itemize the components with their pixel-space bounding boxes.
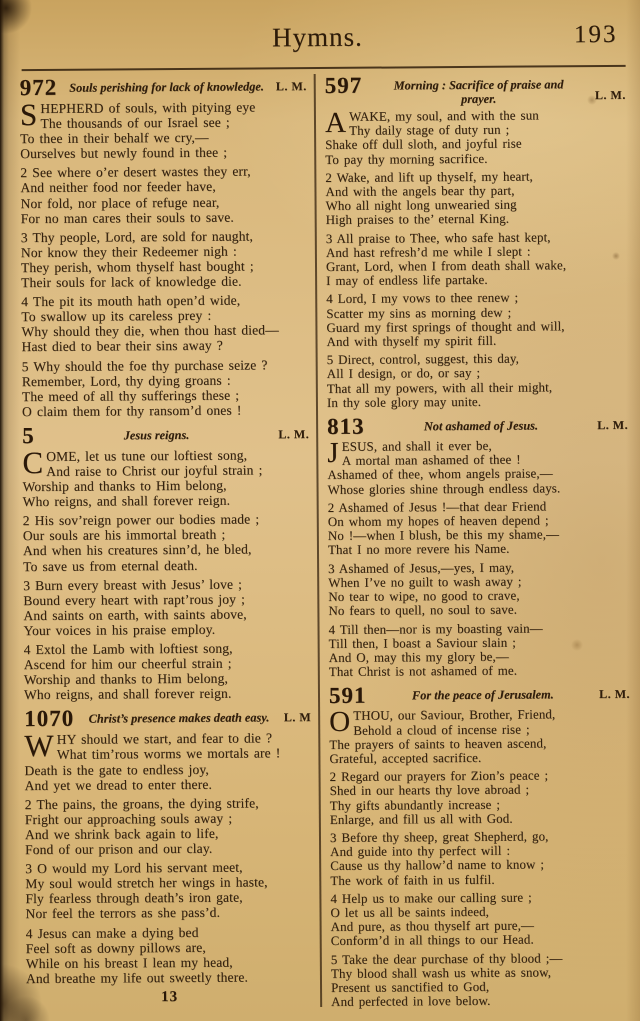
hymn-meter: L. M.	[597, 418, 628, 435]
drop-cap: S	[20, 101, 41, 128]
stanza-line: And guide into thy perfect will :	[330, 844, 510, 859]
stanza-line: Their souls for lack of knowledge die.	[21, 274, 242, 291]
left-column: 972Souls perishing for lack of knowledge…	[20, 74, 321, 1015]
stanza: 3 Burn every breast with Jesus’ love ;Bo…	[23, 576, 310, 638]
stanza-line: 2 See where o’er desert wastes they err,	[20, 164, 250, 181]
page-content: Hymns. 193 972Souls perishing for lack o…	[0, 0, 640, 1021]
hymn-597: 597Morning : Sacrifice of praise andpray…	[325, 74, 628, 410]
stanza-line: That all my powers, with all their might…	[327, 380, 552, 396]
drop-cap: C	[22, 449, 46, 476]
stanza-line: When I’ve no guilt to wash away ;	[328, 574, 521, 589]
stanza: 2 Regard our prayers for Zion’s peace ;S…	[330, 768, 631, 827]
stanza-line: And yet we dread to enter there.	[25, 776, 212, 792]
stanza-line: 2 Regard our prayers for Zion’s peace ;	[330, 769, 549, 785]
stanza-line: A mortal man ashamed of thee !	[342, 453, 521, 468]
hymn-meter: L. M.	[278, 427, 309, 444]
stanza-line: Thy blood shall wash us white as snow,	[331, 965, 551, 981]
stanza: OTHOU, our Saviour, Brother, Friend,Beho…	[329, 707, 630, 766]
stanza: 3 Ashamed of Jesus,—yes, I may,When I’ve…	[328, 560, 629, 619]
stanza-line: That I no more revere his Name.	[328, 542, 510, 557]
hymn-title-line: For the peace of Jerusalem.	[366, 688, 599, 703]
stanza: 3 All praise to Thee, who safe hast kept…	[326, 229, 627, 288]
drop-cap: O	[329, 709, 353, 734]
stanza-line: Shake off dull sloth, and joyful rise	[325, 137, 522, 152]
signature-mark: 13	[26, 988, 313, 1007]
stanza-line: And with the angels bear thy part,	[325, 184, 514, 199]
hymn-meter: L. M.	[599, 687, 630, 704]
stanza-line: No fears to quell, no soul to save.	[328, 603, 517, 618]
stanza-line: That Christ is not ashamed of me.	[329, 664, 517, 679]
hymn-title: Jesus reigns.	[35, 424, 279, 443]
stanza: 3 Thy people, Lord, are sold for naught,…	[21, 228, 308, 290]
hymn-meter: L. M.	[276, 79, 307, 96]
stanza: 3 Before thy sheep, great Shepherd, go,A…	[330, 829, 631, 888]
stanza-line: On whom my hopes of heaven depend ;	[328, 513, 549, 529]
stanza-line: Thy daily stage of duty run ;	[349, 123, 509, 138]
hymn-title-line: Not ashamed of Jesus.	[365, 419, 598, 434]
stanza-line: 3 O would my Lord his servant meet,	[25, 860, 243, 877]
hymn-heading: 813Not ashamed of Jesus.L. M.	[327, 415, 628, 437]
stanza-line: Ourselves but newly found in thee ;	[20, 145, 227, 161]
stanza-line: 4 Jesus can make a dying bed	[26, 924, 199, 940]
hymn-number: 5	[22, 426, 35, 446]
hymn-meter: L. M.	[595, 88, 626, 105]
stanza-line: Whose glories shine through endless days…	[328, 481, 561, 497]
hymn-heading: 5Jesus reigns.L. M.	[22, 424, 309, 446]
stanza-line: 4 Help us to make our calling sure ;	[330, 890, 531, 905]
hymn-heading: 591For the peace of Jerusalem.L. M.	[329, 684, 630, 706]
stanza: 5 Why should the foe thy purchase seize …	[22, 357, 309, 419]
hymnal-page: Hymns. 193 972Souls perishing for lack o…	[0, 0, 640, 1021]
stanza-line: No !—when I blush, be this my shame,—	[328, 528, 559, 544]
drop-cap: W	[24, 732, 57, 759]
stanza: 5 Take the dear purchase of thy blood ;—…	[331, 950, 632, 1009]
hymn-591: 591For the peace of Jerusalem.L. M.OTHOU…	[329, 684, 632, 1009]
stanza-line: Your voices in his praise employ.	[23, 622, 215, 638]
stanza-line: Conform’d in all things to our Head.	[331, 933, 534, 948]
stanza-line: 5 Take the dear purchase of thy blood ;—	[331, 951, 563, 967]
stanza-line: All I design, or do, or say ;	[327, 366, 481, 381]
stanza-line: For no man cares their souls to save.	[21, 209, 234, 225]
stanza: 2 His sov’reign power our bodies made ;O…	[23, 511, 310, 573]
hymn-972: 972Souls perishing for lack of knowledge…	[20, 76, 309, 419]
stanza-line: 4 Extol the Lamb with loftiest song,	[24, 641, 233, 657]
stanza-line: ESUS, and shall it ever be,	[342, 439, 492, 454]
stanza: SHEPHERD of souls, with pitying eyeThe t…	[20, 99, 307, 161]
stanza-line: 2 Ashamed of Jesus !—that dear Friend	[328, 499, 547, 515]
stanza-line: What tim’rous worms we mortals are !	[57, 746, 281, 763]
stanza: 4 Lord, I my vows to thee renew ;Scatter…	[326, 290, 627, 349]
stanza-line: 3 Before thy sheep, great Shepherd, go,	[330, 829, 549, 845]
hymn-title-line: Jesus reigns.	[35, 428, 279, 443]
stanza-line: Nor know they their Redeemer nigh :	[21, 243, 237, 260]
stanza: 4 Help us to make our calling sure ;O le…	[330, 890, 631, 949]
hymn-title: Not ashamed of Jesus.	[365, 415, 598, 434]
stanza: JESUS, and shall it ever be,A mortal man…	[327, 438, 628, 497]
hymn-heading: 1070Christ’s presence makes death easy.L…	[24, 707, 311, 729]
page-number: 193	[574, 21, 618, 49]
stanza-line: Scatter my sins as morning dew ;	[326, 305, 511, 320]
stanza-line: The prayers of saints to heaven ascend,	[329, 736, 546, 752]
stanza-line: To swallow up its careless prey :	[21, 308, 211, 324]
stanza-line: And saints on earth, with saints above,	[23, 606, 246, 623]
stanza-line: And pure, as thou thyself art pure,—	[331, 919, 535, 934]
stanza: 4 The pit its mouth hath open’d wide,To …	[21, 292, 308, 354]
hymn-number: 591	[329, 686, 367, 706]
hymn-heading: 597Morning : Sacrifice of praise andpray…	[325, 74, 626, 107]
right-column: 597Morning : Sacrifice of praise andpray…	[316, 72, 633, 1014]
hymn-5: 5Jesus reigns.L. M.COME, let us tune our…	[22, 424, 311, 702]
stanza-line: The meed of all thy sufferings these ;	[22, 387, 239, 404]
stanza: 2 Wake, and lift up thyself, my heart,An…	[325, 169, 626, 228]
stanza-line: High praises to the’ eternal King.	[326, 212, 510, 227]
stanza-line: Why should they die, when thou hast died…	[21, 323, 278, 340]
stanza-line: They perish, whom thyself hast bought ;	[21, 258, 254, 275]
stanza-line: O claim them for thy ransom’d ones !	[22, 402, 242, 419]
stanza-line: Grateful, accepted sacrifice.	[329, 751, 481, 766]
stanza-line: OME, let us tune our loftiest song,	[46, 447, 247, 463]
stanza: 2 Ashamed of Jesus !—that dear FriendOn …	[328, 499, 629, 558]
hymn-heading: 972Souls perishing for lack of knowledge…	[20, 76, 307, 98]
hymn-meter: L. M	[284, 710, 311, 727]
stanza: 2 See where o’er desert wastes they err,…	[20, 163, 307, 225]
stanza-line: 3 Ashamed of Jesus,—yes, I may,	[328, 560, 514, 575]
stanza-line: And O, may this my glory be,—	[329, 650, 509, 665]
stanza-line: Enlarge, and fill us all with God.	[330, 811, 513, 826]
stanza-line: 5 Why should the foe thy purchase seize …	[22, 357, 268, 374]
hymn-number: 813	[327, 417, 365, 437]
stanza-line: Feel soft as downy pillows are,	[26, 939, 206, 955]
stanza-line: In thy sole glory may unite.	[327, 395, 481, 410]
stanza: 5 Direct, control, suggest, this day,All…	[327, 351, 628, 410]
stanza-line: Shed in our hearts thy love abroad ;	[330, 783, 530, 798]
page-header: Hymns. 193	[0, 20, 638, 64]
stanza-line: 4 Till then—nor is my boasting vain—	[328, 621, 542, 636]
hymn-title: Christ’s presence makes death easy.	[74, 708, 284, 727]
stanza-line: 3 Thy people, Lord, are sold for naught,	[21, 228, 253, 245]
columns-wrapper: 972Souls perishing for lack of knowledge…	[0, 72, 640, 1016]
stanza-line: 3 All praise to Thee, who safe hast kept…	[326, 230, 551, 246]
stanza-line: WAKE, my soul, and with the sun	[349, 108, 539, 123]
stanza: 2 The pains, the groans, the dying strif…	[25, 795, 312, 857]
drop-cap: A	[325, 110, 349, 135]
stanza-line: No tear to wipe, no good to crave,	[328, 589, 519, 604]
hymn-title-line: Christ’s presence makes death easy.	[74, 712, 284, 727]
stanza-line: To save us from eternal death.	[23, 557, 198, 573]
hymn-title: Morning : Sacrifice of praise andprayer.	[362, 74, 595, 107]
stanza-line: HEPHERD of souls, with pitying eye	[40, 99, 255, 116]
stanza-line: Cause us thy hallow’d name to know ;	[330, 858, 544, 873]
stanza-line: Fly fearless through death’s iron gate,	[25, 890, 242, 907]
stanza-line: And raise to Christ our joyful strain ;	[46, 462, 262, 479]
stanza-line: 3 Burn every breast with Jesus’ love ;	[23, 576, 242, 593]
hymn-title: Souls perishing for lack of knowledge.	[57, 76, 276, 95]
stanza-line: Present us sanctified to God,	[331, 980, 489, 995]
stanza-line: And with thyself my spirit fill.	[326, 334, 496, 349]
hymn-1070: 1070Christ’s presence makes death easy.L…	[24, 707, 313, 985]
stanza-line: The thousands of our Israel see ;	[40, 115, 230, 131]
stanza-line: And we shrink back again to life,	[25, 826, 219, 842]
stanza: 4 Till then—nor is my boasting vain—Till…	[328, 620, 629, 679]
stanza-line: Worship and thanks to Him belong,	[22, 478, 226, 494]
stanza-line: Fond of our prison and our clay.	[25, 841, 212, 857]
hymn-title-line: Souls perishing for lack of knowledge.	[57, 80, 276, 95]
hymn-number: 1070	[24, 709, 74, 729]
stanza-line: 4 Lord, I my vows to thee renew ;	[326, 291, 518, 306]
stanza-line: Who reigns, and shall forever reign.	[23, 493, 231, 509]
stanza-line: THOU, our Saviour, Brother, Friend,	[353, 708, 555, 723]
stanza-line: The work of faith in us fulfil.	[330, 872, 494, 887]
stanza: 4 Jesus can make a dying bedFeel soft as…	[26, 924, 313, 986]
stanza-line: Guard my first springs of thought and wi…	[326, 319, 564, 335]
hymn-title: For the peace of Jerusalem.	[366, 684, 599, 703]
hymn-number: 597	[325, 76, 363, 96]
stanza-line: To thee in their behalf we cry,—	[20, 130, 209, 146]
stanza-line: Our souls are his immortal breath ;	[23, 527, 226, 543]
stanza-line: Death is the gate to endless joy,	[24, 761, 209, 777]
hymn-number: 972	[20, 78, 58, 98]
hymn-813: 813Not ashamed of Jesus.L. M.JESUS, and …	[327, 415, 630, 679]
stanza: WHY should we start, and fear to die ?Wh…	[24, 730, 311, 792]
stanza-line: Remember, Lord, thy dying groans :	[22, 372, 231, 388]
stanza-line: 4 The pit its mouth hath open’d wide,	[21, 293, 240, 310]
stanza-line: 2 His sov’reign power our bodies made ;	[23, 512, 260, 529]
stanza-line: And hast refresh’d me while I slept :	[326, 244, 531, 259]
stanza-line: 2 The pains, the groans, the dying strif…	[25, 795, 259, 812]
stanza-line: Ascend for him our cheerful strain ;	[24, 656, 232, 672]
stanza: AWAKE, my soul, and with the sunThy dail…	[325, 108, 626, 167]
stanza-line: My soul would stretch her wings in haste…	[25, 875, 267, 892]
stanza-line: Worship and thanks to Him belong,	[24, 671, 228, 687]
stanza-line: Nor fold, nor place of refuge near,	[21, 194, 220, 210]
stanza: COME, let us tune our loftiest song,And …	[22, 447, 309, 509]
hymn-title-line: prayer.	[362, 92, 595, 107]
stanza-line: And when his creatures sinn’d, he bled,	[23, 542, 252, 559]
stanza-line: Grant, Lord, when I from death shall wak…	[326, 258, 566, 274]
stanza-line: To pay thy morning sacrifice.	[325, 151, 487, 166]
stanza-line: And neither food nor feeder have,	[20, 179, 215, 195]
stanza-line: HY should we start, and fear to die ?	[57, 731, 272, 748]
stanza: 4 Extol the Lamb with loftiest song,Asce…	[24, 640, 311, 702]
stanza-line: Hast died to bear their sins away ?	[22, 338, 223, 354]
stanza-line: 5 Direct, control, suggest, this day,	[327, 352, 519, 367]
stanza-line: While on his breast I lean my head,	[26, 954, 233, 970]
stanza-line: Ashamed of thee, whom angels praise,—	[327, 467, 552, 483]
stanza-line: I may of endless life partake.	[326, 273, 488, 288]
stanza-line: Till then, I boast a Saviour slain ;	[329, 635, 516, 650]
stanza-line: Behold a cloud of incense rise ;	[353, 722, 529, 737]
header-rule	[22, 65, 626, 71]
stanza-line: And breathe my life out sweetly there.	[26, 969, 248, 986]
stanza-line: Fright our approaching souls away ;	[25, 810, 232, 826]
stanza-line: Nor feel the terrors as she pass’d.	[25, 905, 220, 921]
running-title: Hymns.	[272, 22, 363, 54]
stanza-line: Thy gifts abundantly increase ;	[330, 797, 500, 812]
stanza-line: Who all night long unwearied sing	[326, 198, 517, 213]
drop-cap: J	[327, 440, 342, 465]
stanza-line: Who reigns, and shall forever reign.	[24, 686, 232, 702]
stanza-line: O let us all be saints indeed,	[330, 905, 489, 920]
stanza-line: And perfected in love below.	[331, 994, 490, 1009]
stanza-line: 2 Wake, and lift up thyself, my heart,	[325, 169, 533, 184]
stanza-line: Bound every heart with rapt’rous joy ;	[23, 591, 245, 608]
stanza: 3 O would my Lord his servant meet,My so…	[25, 859, 312, 921]
